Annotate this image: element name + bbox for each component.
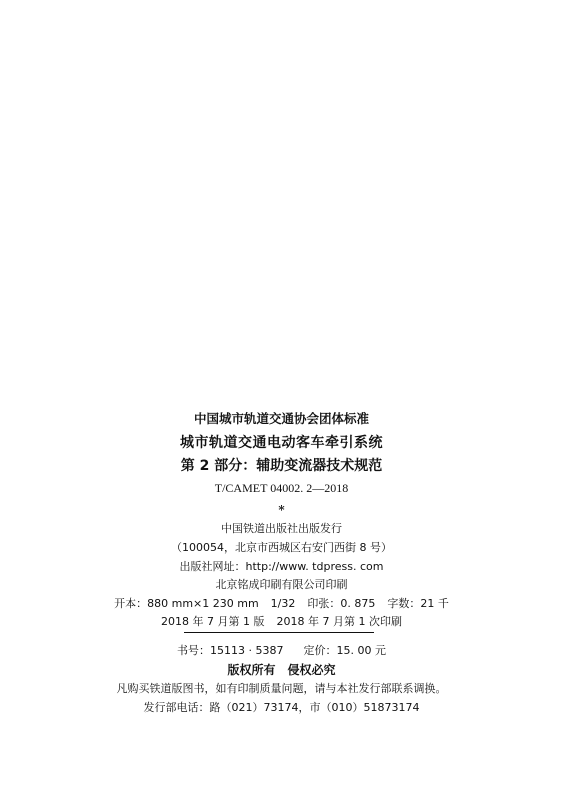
book-title: 城市轨道交通电动客车牵引系统 [0, 436, 563, 450]
distribution-phone: 发行部电话：路（021）73174，市（010）51873174 [0, 702, 563, 713]
word-count-spec: 字数：21 千 [387, 597, 449, 610]
publisher-website: 出版社网址：http://www. tdpress. com [0, 561, 563, 572]
organization-label: 中国城市轨道交通协会团体标准 [0, 413, 563, 426]
printer: 北京铭成印刷有限公司印刷 [0, 579, 563, 590]
rights-statement: 版权所有侵权必究 [0, 664, 563, 676]
book-subtitle: 第 2 部分：辅助变流器技术规范 [0, 459, 563, 473]
quality-notice: 凡购买铁道版图书，如有印制质量问题，请与本社发行部联系调换。 [0, 683, 563, 694]
sheets-spec: 印张：0. 875 [307, 597, 375, 610]
fold-spec: 1/32 [271, 597, 296, 610]
price: 定价：15. 00 元 [304, 644, 386, 657]
edition: 2018 年 7 月第 1 版 [161, 615, 264, 628]
publisher-address: （100054，北京市西城区右安门西街 8 号） [0, 542, 563, 553]
divider-rule [184, 632, 374, 633]
standard-code: T/CAMET 04002. 2—2018 [0, 482, 563, 494]
edition-info: 2018 年 7 月第 1 版2018 年 7 月第 1 次印刷 [0, 616, 563, 627]
rights-reserved: 版权所有 [227, 663, 275, 677]
separator-star-icon: * [0, 504, 563, 516]
book-number-price: 书号：15113 · 5387定价：15. 00 元 [0, 645, 563, 656]
book-number: 书号：15113 · 5387 [177, 644, 283, 657]
rights-infringement: 侵权必究 [288, 663, 336, 677]
format-spec: 开本：880 mm×1 230 mm [114, 597, 259, 610]
publisher: 中国铁道出版社出版发行 [0, 523, 563, 534]
print-specs: 开本：880 mm×1 230 mm1/32印张：0. 875字数：21 千 [0, 598, 563, 609]
printing: 2018 年 7 月第 1 次印刷 [277, 615, 402, 628]
